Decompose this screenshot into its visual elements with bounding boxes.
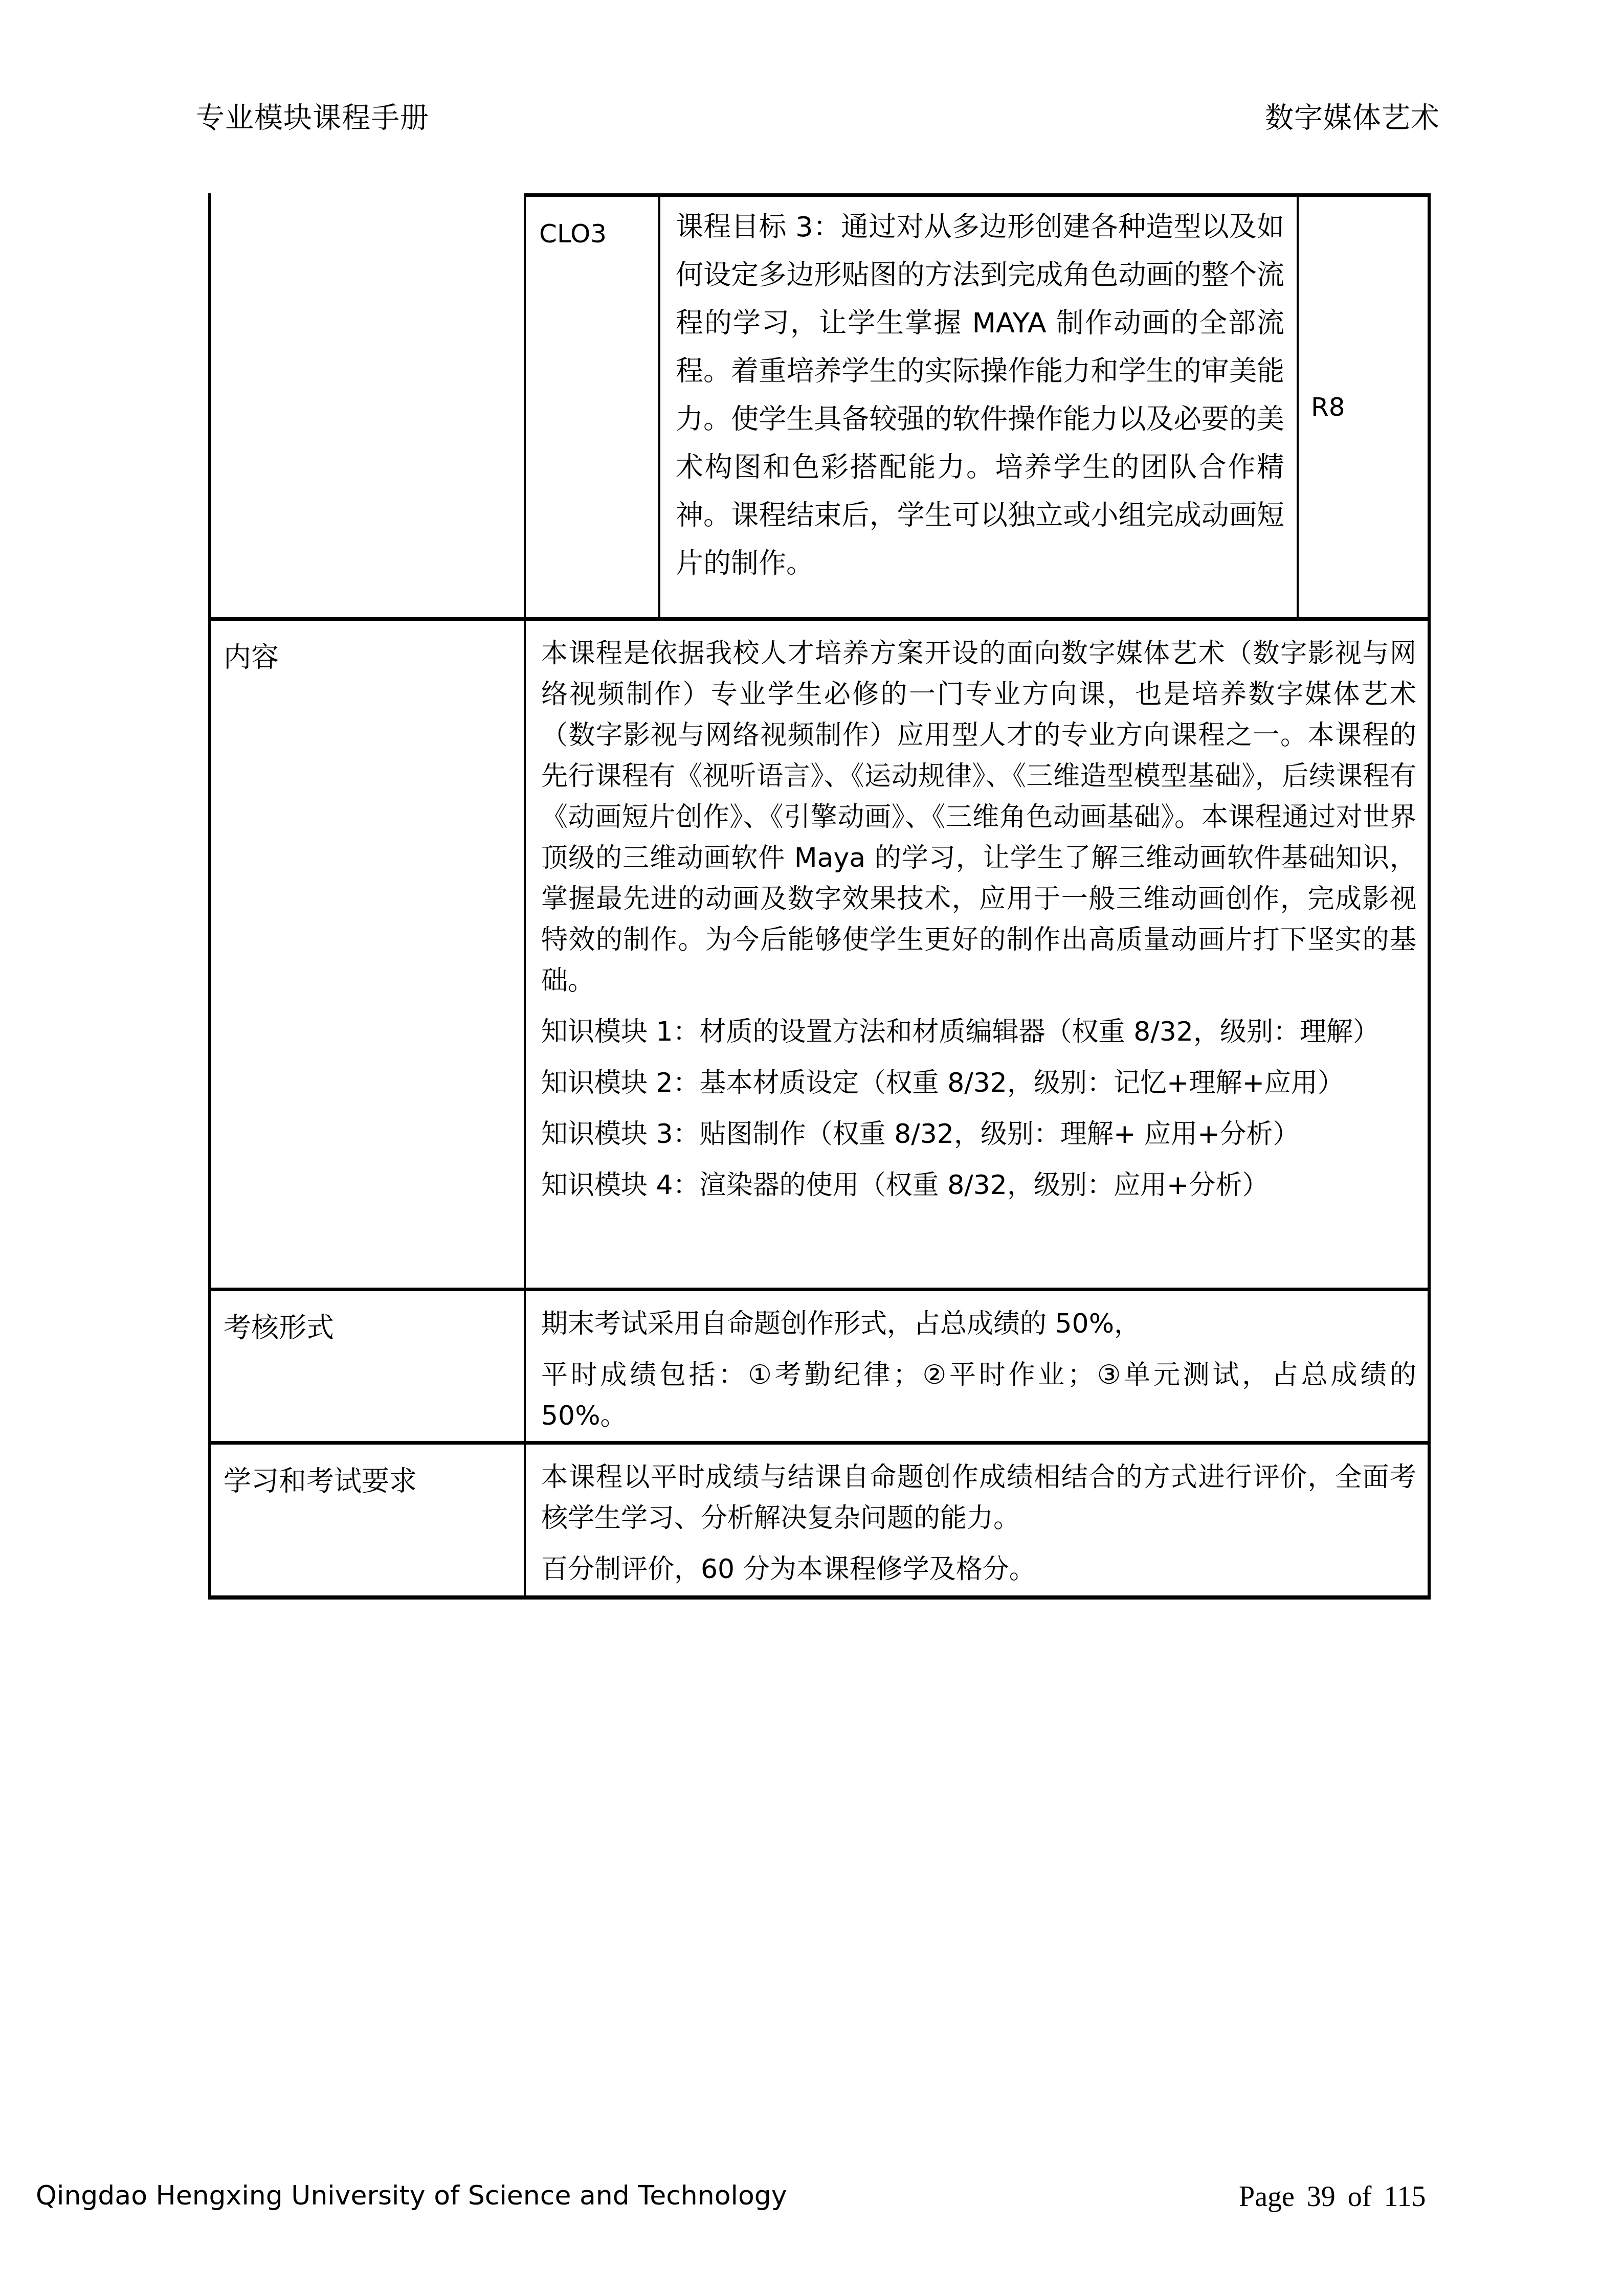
regular-grade-weight: 平时成绩包括：①考勤纪律；②平时作业；③单元测试，占总成绩的 50%。 (541, 1355, 1416, 1436)
row-label-content: 内容 (211, 621, 526, 1288)
final-exam-weight: 期末考试采用自命题创作形式，占总成绩的 50%， (541, 1303, 1416, 1344)
row-value-assessment-form: 期末考试采用自命题创作形式，占总成绩的 50%， 平时成绩包括：①考勤纪律；②平… (526, 1291, 1428, 1441)
content-description: 本课程是依据我校人才培养方案开设的面向数字媒体艺术（数字影视与网络视频制作）专业… (541, 633, 1416, 1001)
knowledge-module-1: 知识模块 1：材质的设置方法和材质编辑器（权重 8/32，级别：理解） (541, 1011, 1416, 1052)
table-row-assessment-form: 考核形式 期末考试采用自命题创作形式，占总成绩的 50%， 平时成绩包括：①考勤… (208, 1288, 1431, 1441)
passing-score: 百分制评价，60 分为本课程修学及格分。 (541, 1549, 1416, 1590)
clo-requirement-mapping: R8 (1299, 197, 1428, 617)
clo-mapping-value: R8 (1311, 392, 1345, 422)
evaluation-method: 本课程以平时成绩与结课自命题创作成绩相结合的方式进行评价，全面考核学生学习、分析… (541, 1457, 1416, 1539)
course-table: CLO3 课程目标 3：通过对从多边形创建各种造型以及如何设定多边形贴图的方法到… (208, 193, 1431, 1600)
table-row-clo3: CLO3 课程目标 3：通过对从多边形创建各种造型以及如何设定多边形贴图的方法到… (208, 193, 1431, 617)
table-row-content: 内容 本课程是依据我校人才培养方案开设的面向数字媒体艺术（数字影视与网络视频制作… (208, 617, 1431, 1288)
header-manual-title: 专业模块课程手册 (196, 95, 429, 136)
footer-page-number: Page 39 of 115 (1239, 2180, 1426, 2213)
clo-code: CLO3 (526, 197, 660, 617)
table-row-study-exam-requirements: 学习和考试要求 本课程以平时成绩与结课自命题创作成绩相结合的方式进行评价，全面考… (208, 1441, 1431, 1600)
row-value-study-exam-requirements: 本课程以平时成绩与结课自命题创作成绩相结合的方式进行评价，全面考核学生学习、分析… (526, 1445, 1428, 1595)
clo-label-cell (211, 193, 526, 617)
row-label-study-exam-requirements: 学习和考试要求 (211, 1445, 526, 1595)
clo-subtable: CLO3 课程目标 3：通过对从多边形创建各种造型以及如何设定多边形贴图的方法到… (526, 193, 1428, 617)
footer-university-name: Qingdao Hengxing University of Science a… (36, 2180, 787, 2211)
knowledge-module-4: 知识模块 4：渲染器的使用（权重 8/32，级别：应用+分析） (541, 1165, 1416, 1206)
knowledge-module-2: 知识模块 2：基本材质设定（权重 8/32，级别：记忆+理解+应用） (541, 1063, 1416, 1104)
row-value-content: 本课程是依据我校人才培养方案开设的面向数字媒体艺术（数字影视与网络视频制作）专业… (526, 621, 1428, 1288)
header-major-name: 数字媒体艺术 (1265, 95, 1440, 136)
clo-description: 课程目标 3：通过对从多边形创建各种造型以及如何设定多边形贴图的方法到完成角色动… (660, 197, 1299, 617)
knowledge-module-3: 知识模块 3：贴图制作（权重 8/32，级别：理解+ 应用+分析） (541, 1114, 1416, 1155)
row-label-assessment-form: 考核形式 (211, 1291, 526, 1441)
